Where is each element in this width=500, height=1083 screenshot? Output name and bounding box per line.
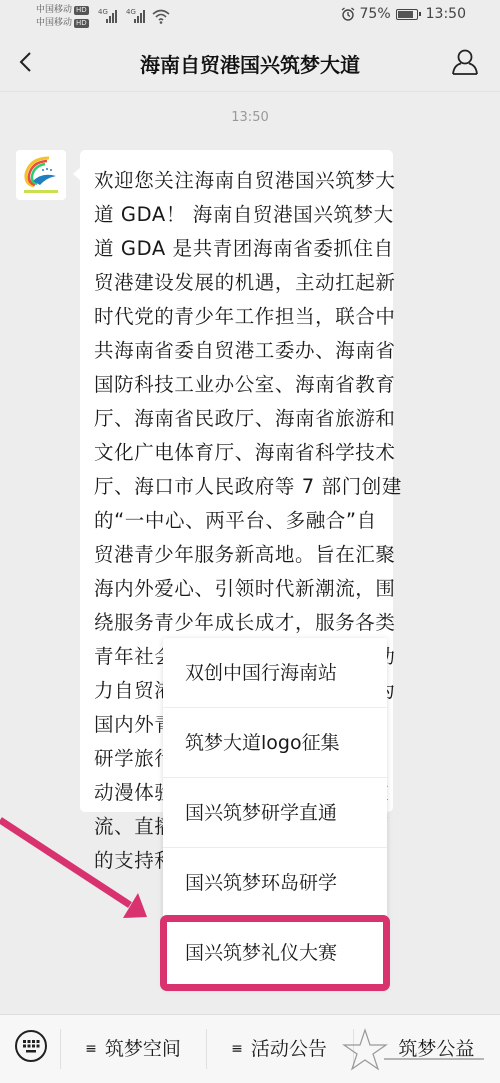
status-right: 75% 13:50 <box>341 6 466 22</box>
bottom-menu-activity-notice[interactable]: ≡活动公告 <box>206 1015 352 1083</box>
message-line: 共海南省委自贸港工委办、海南省 <box>94 334 383 368</box>
bottom-menu-label: 筑梦公益 <box>398 1038 474 1060</box>
message-line: 海内外爱心、引领时代新潮流，围 <box>94 572 383 606</box>
carrier-1-label: 中国移动 <box>36 5 72 15</box>
keyboard-icon[interactable] <box>14 1029 48 1063</box>
battery-icon <box>396 9 418 20</box>
message-line: 文化广电体育厅、海南省科学技术 <box>94 436 383 470</box>
message-line: 国防科技工业办公室、海南省教育 <box>94 368 383 402</box>
menu-item-study-direct[interactable]: 国兴筑梦研学直通 <box>163 778 387 848</box>
menu-item-island-study[interactable]: 国兴筑梦环岛研学 <box>163 848 387 918</box>
menu-item-logo-contest[interactable]: 筑梦大道logo征集 <box>163 708 387 778</box>
carrier-2: 中国移动HD <box>36 18 89 28</box>
bottom-menu-bar: ≡筑梦空间 ≡活动公告 ≡筑梦公益 <box>0 1014 500 1083</box>
message-line: 厅、海南省民政厅、海南省旅游和 <box>94 402 383 436</box>
hd-badge: HD <box>74 19 89 28</box>
bottom-menu-label: 活动公告 <box>251 1038 327 1060</box>
message-line: 欢迎您关注海南自贸港国兴筑梦大 <box>94 164 383 198</box>
clock: 13:50 <box>426 6 466 22</box>
signal-strength-1-icon <box>106 9 117 23</box>
hd-badge: HD <box>74 6 89 15</box>
battery-percent: 75% <box>360 6 391 22</box>
signal-strength-2-icon <box>134 9 145 23</box>
menu-lines-icon: ≡ <box>231 1041 243 1057</box>
page-title: 海南自贸港国兴筑梦大道 <box>0 49 500 78</box>
avatar[interactable] <box>16 150 66 200</box>
gda-logo-icon <box>16 150 66 200</box>
carrier-1: 中国移动HD <box>36 5 89 15</box>
menu-item-etiquette-contest[interactable]: 国兴筑梦礼仪大赛 <box>163 918 387 988</box>
bottom-menu-label: 筑梦空间 <box>105 1038 181 1060</box>
bottom-menu-public-welfare[interactable]: ≡筑梦公益 <box>353 1015 500 1083</box>
carrier-2-label: 中国移动 <box>36 18 72 28</box>
message-line: 绕服务青少年成长成才，服务各类 <box>94 606 383 640</box>
message-line: 厅、海口市人民政府等 7 部门创建 <box>94 470 383 504</box>
wifi-icon <box>152 8 170 24</box>
submenu-popup: 双创中国行海南站 筑梦大道logo征集 国兴筑梦研学直通 国兴筑梦环岛研学 国兴… <box>163 638 387 988</box>
message-line: 道 GDA！ 海南自贸港国兴筑梦大 <box>94 198 383 232</box>
alarm-icon <box>341 7 355 21</box>
message-line: 道 GDA 是共青团海南省委抓住自 <box>94 232 383 266</box>
message-line: 贸港建设发展的机遇，主动扛起新 <box>94 266 383 300</box>
message-line: 的“一中心、两平台、多融合”自 <box>94 504 383 538</box>
menu-lines-icon: ≡ <box>85 1041 97 1057</box>
chat-header: 海南自贸港国兴筑梦大道 <box>0 33 500 92</box>
bottom-menu-zhumeng-space[interactable]: ≡筑梦空间 <box>60 1015 206 1083</box>
message-line: 贸港青少年服务新高地。旨在汇聚 <box>94 538 383 572</box>
status-bar: 中国移动HD 中国移动HD 4G 4G 75% 13:50 <box>0 0 500 33</box>
profile-icon[interactable] <box>450 48 480 76</box>
message-line: 时代党的青少年工作担当，联合中 <box>94 300 383 334</box>
menu-item-shuangchuang[interactable]: 双创中国行海南站 <box>163 638 387 708</box>
message-timestamp: 13:50 <box>0 110 500 125</box>
